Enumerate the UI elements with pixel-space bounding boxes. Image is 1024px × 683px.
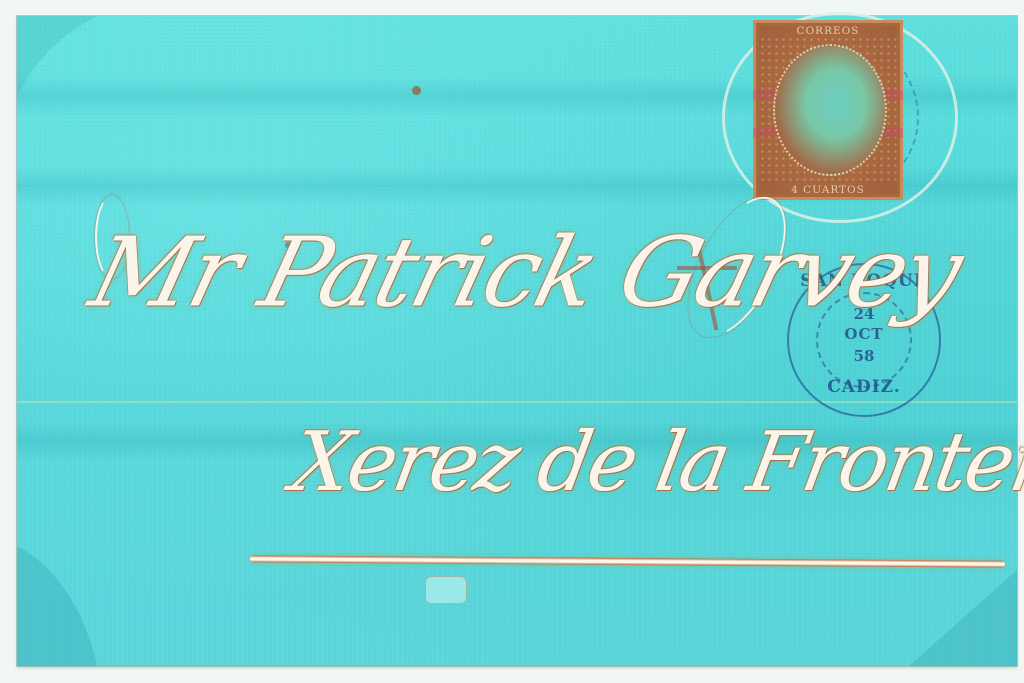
postage-stamp: CORREOS 4 CUARTOS: [753, 20, 903, 200]
corner-fold-bottom-left: [17, 546, 137, 666]
ink-spot: [412, 86, 421, 95]
postmark-year: 58: [789, 347, 939, 365]
paper-scuff: [425, 576, 467, 604]
addressee-handwriting: Mr Patrick Garvey: [80, 217, 970, 329]
stamp-top-text: CORREOS: [753, 25, 903, 37]
postmark-province: CADIZ.: [789, 377, 939, 397]
destination-handwriting: Xerez de la Frontera: [285, 415, 1024, 510]
queen-portrait-icon: [773, 44, 887, 176]
scene: CORREOS 4 CUARTOS SAN ROQUE 24 OCT 58 CA…: [0, 0, 1024, 683]
stamp-value-text: 4 CUARTOS: [753, 184, 903, 196]
